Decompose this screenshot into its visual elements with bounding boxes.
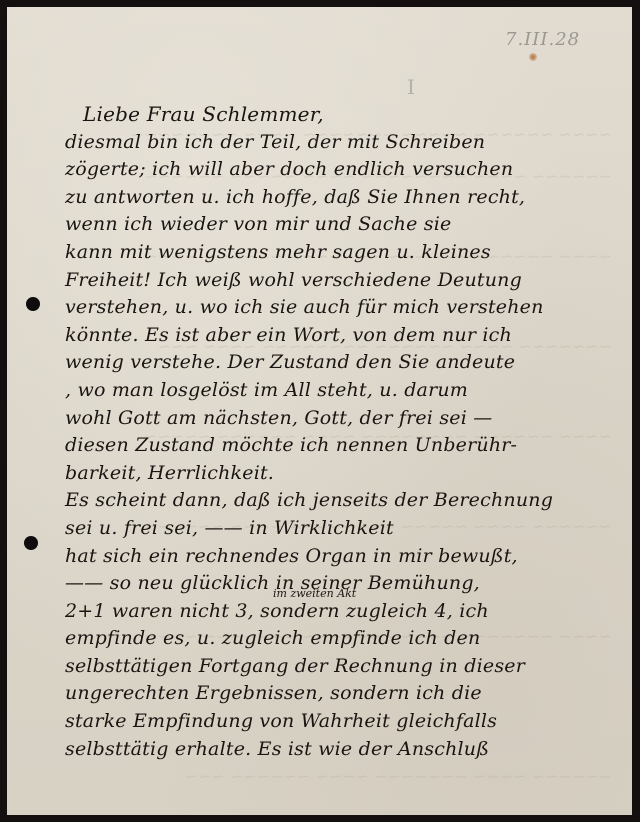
- letter-line: verstehen, u. wo ich sie auch für mich v…: [65, 294, 625, 322]
- interlinear-insertion: im zweiten Akt: [273, 587, 356, 600]
- punch-hole-upper: [26, 297, 40, 311]
- letter-line: diesmal bin ich der Teil, der mit Schrei…: [65, 129, 625, 157]
- letter-line: zu antworten u. ich hoffe, daß Sie Ihnen…: [65, 184, 625, 212]
- letter-line: empfinde es, u. zugleich empfinde ich de…: [65, 625, 625, 653]
- letter-line: sei u. frei sei, —— in Wirklichkeit: [65, 515, 625, 543]
- letter-line: , wo man losgelöst im All steht, u. daru…: [65, 377, 625, 405]
- reverse-side-bleed: ~~~~~~ ~~~~ ~~~~~~~ ~~~~ ~~~~~~ ~~~: [47, 767, 612, 786]
- letter-page: ~~~~ ~~~~~~ ~~~~~ ~~~~~~~ ~~~~ ~~~~~~~~ …: [7, 7, 632, 815]
- salutation: Liebe Frau Schlemmer,: [65, 101, 625, 129]
- pencil-page-marker: I: [407, 75, 415, 99]
- letter-line: 2+1 waren nicht 3, sondern zugleich 4, i…: [65, 598, 625, 626]
- letter-line: könnte. Es ist aber ein Wort, von dem nu…: [65, 322, 625, 350]
- letter-line: selbsttätigen Fortgang der Rechnung in d…: [65, 653, 625, 681]
- letter-line: ungerechten Ergebnissen, sondern ich die: [65, 680, 625, 708]
- scan-frame: ~~~~ ~~~~~~ ~~~~~ ~~~~~~~ ~~~~ ~~~~~~~~ …: [0, 0, 640, 822]
- letter-line: kann mit wenigstens mehr sagen u. kleine…: [65, 239, 625, 267]
- pencil-date-annotation: 7.III.28: [505, 29, 580, 50]
- letter-line: zögerte; ich will aber doch endlich vers…: [65, 156, 625, 184]
- letter-line: diesen Zustand möchte ich nennen Unberüh…: [65, 432, 625, 460]
- letter-line: wenn ich wieder von mir und Sache sie: [65, 211, 625, 239]
- punch-hole-lower: [24, 536, 38, 550]
- letter-line: wohl Gott am nächsten, Gott, der frei se…: [65, 405, 625, 433]
- letter-line: barkeit, Herrlichkeit.: [65, 460, 625, 488]
- letter-line: Es scheint dann, daß ich jenseits der Be…: [65, 487, 625, 515]
- letter-line: wenig verstehe. Der Zustand den Sie ande…: [65, 349, 625, 377]
- rust-stain: [529, 53, 537, 61]
- letter-line: Freiheit! Ich weiß wohl verschiedene Deu…: [65, 267, 625, 295]
- letter-line: hat sich ein rechnendes Organ in mir bew…: [65, 543, 625, 571]
- letter-line: selbsttätig erhalte. Es ist wie der Ansc…: [65, 736, 625, 764]
- letter-line: starke Empfindung von Wahrheit gleichfal…: [65, 708, 625, 736]
- letter-body: Liebe Frau Schlemmer, diesmal bin ich de…: [65, 101, 625, 763]
